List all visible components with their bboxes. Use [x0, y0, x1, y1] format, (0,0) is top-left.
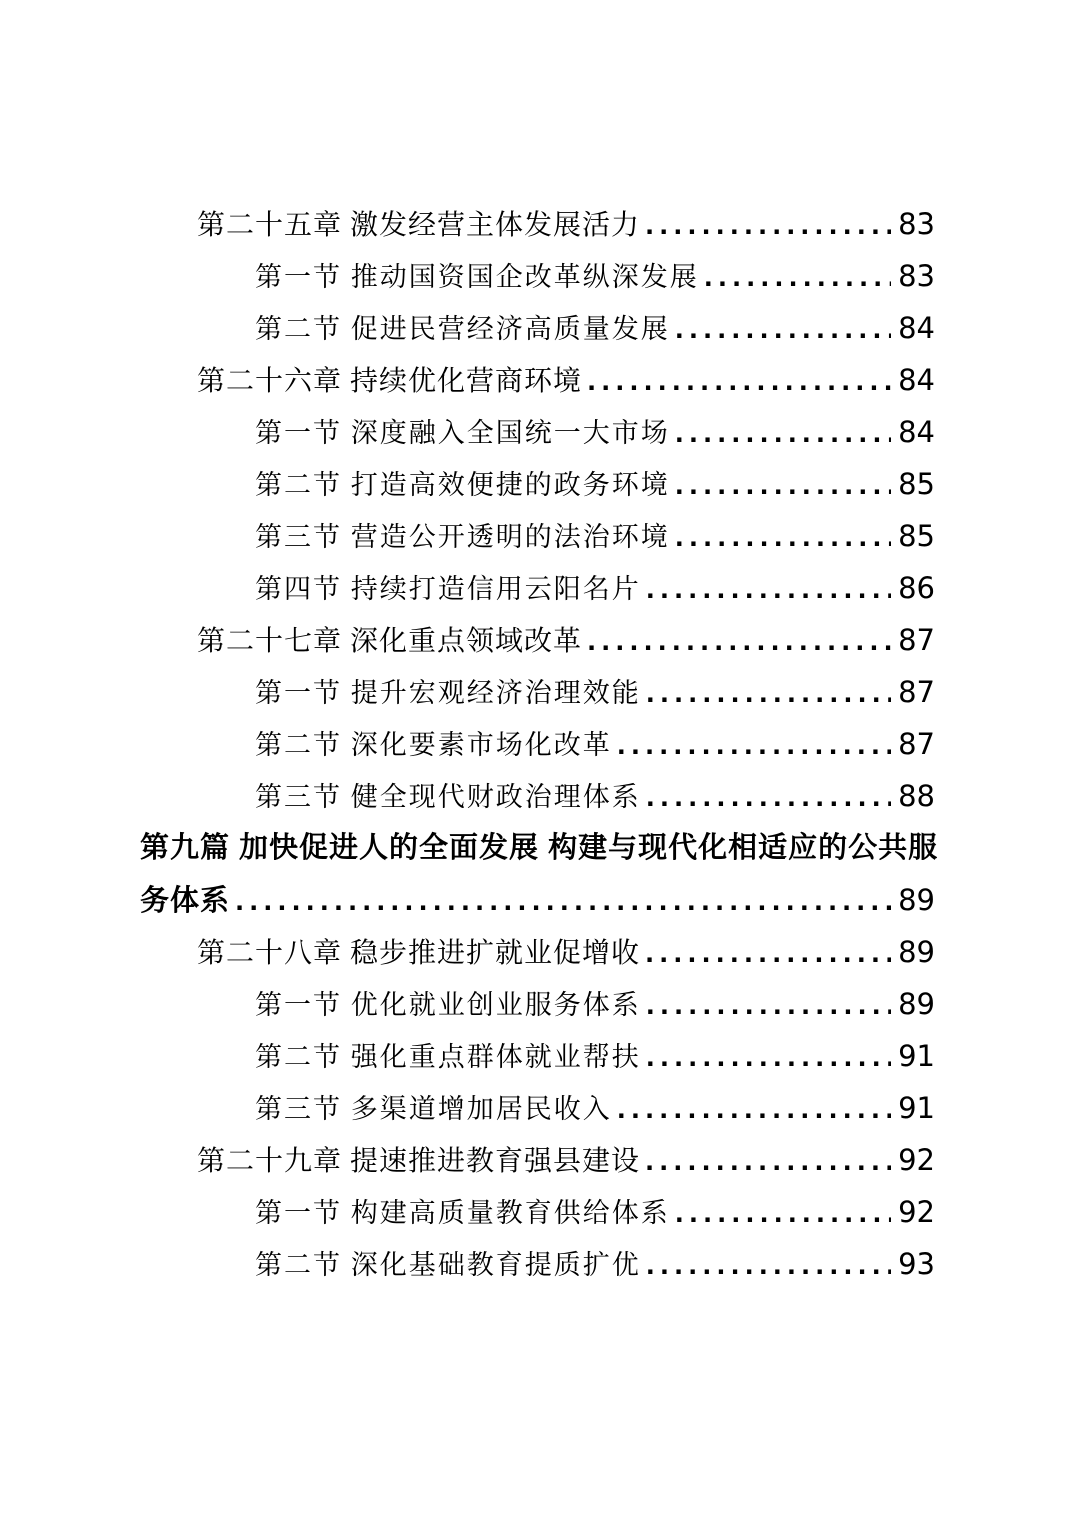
toc-entry-title: 第一节 提升宏观经济治理效能: [255, 667, 641, 719]
toc-entry-section: 第二节 深化基础教育提质扩优..........................…: [140, 1238, 935, 1290]
toc-entry-title: 第二节 深化基础教育提质扩优: [255, 1239, 641, 1291]
toc-entry-title: 第三节 健全现代财政治理体系: [255, 771, 641, 823]
page-number: 88: [898, 770, 935, 822]
page-number: 87: [898, 718, 935, 770]
toc-entry-title: 第二十九章 提速推进教育强县建设: [197, 1136, 640, 1188]
toc-entry-title: 第二节 促进民营经济高质量发展: [255, 303, 670, 355]
toc-entry-section: 第一节 推动国资国企改革纵深发展........................…: [140, 250, 935, 302]
toc-entry-row: 第一节 构建高质量教育供给体系.........................…: [140, 1186, 935, 1238]
page-number: 84: [898, 354, 935, 406]
dot-leader: ........................................…: [645, 928, 891, 980]
table-of-contents: 第二十五章 激发经营主体发展活力........................…: [140, 198, 935, 1290]
dot-leader: ........................................…: [587, 356, 891, 408]
toc-part-title-line1: 第九篇 加快促进人的全面发展 构建与现代化相适应的公共服: [140, 822, 935, 874]
dot-leader: ........................................…: [617, 1084, 891, 1136]
toc-entry-title: 第二十七章 深化重点领域改革: [197, 616, 582, 668]
toc-entry-chapter: 第二十五章 激发经营主体发展活力........................…: [140, 198, 935, 250]
toc-entry-chapter: 第二十九章 提速推进教育强县建设........................…: [140, 1134, 935, 1186]
toc-entry-chapter: 第二十七章 深化重点领域改革..........................…: [140, 614, 935, 666]
toc-entry-title: 第二十五章 激发经营主体发展活力: [197, 200, 640, 252]
toc-entry-chapter: 第二十八章 稳步推进扩就业促增收........................…: [140, 926, 935, 978]
toc-entry-section: 第二节 打造高效便捷的政务环境.........................…: [140, 458, 935, 510]
toc-entry-title: 第二十六章 持续优化营商环境: [197, 356, 582, 408]
toc-entry-chapter: 第二十六章 持续优化营商环境..........................…: [140, 354, 935, 406]
toc-entry-part: 第九篇 加快促进人的全面发展 构建与现代化相适应的公共服务体系.........…: [140, 822, 935, 926]
toc-entry-row: 第二节 深化要素市场化改革...........................…: [140, 718, 935, 770]
toc-entry-row: 第二十六章 持续优化营商环境..........................…: [140, 354, 935, 406]
toc-entry-title: 第三节 多渠道增加居民收入: [255, 1083, 612, 1135]
page-number: 83: [898, 198, 935, 250]
toc-entry-row: 第一节 提升宏观经济治理效能..........................…: [140, 666, 935, 718]
dot-leader: ........................................…: [646, 1032, 891, 1084]
toc-entry-row: 第一节 推动国资国企改革纵深发展........................…: [140, 250, 935, 302]
page-number: 85: [898, 510, 935, 562]
toc-entry-section: 第二节 促进民营经济高质量发展.........................…: [140, 302, 935, 354]
toc-entry-row: 第二十五章 激发经营主体发展活力........................…: [140, 198, 935, 250]
dot-leader: ........................................…: [646, 564, 891, 616]
toc-part-title-line2: 务体系: [140, 875, 230, 927]
page-number: 93: [898, 1238, 935, 1290]
toc-entry-row: 第一节 深度融入全国统一大市场.........................…: [140, 406, 935, 458]
dot-leader: ........................................…: [675, 460, 891, 512]
toc-entry-section: 第一节 构建高质量教育供给体系.........................…: [140, 1186, 935, 1238]
dot-leader: ........................................…: [675, 304, 891, 356]
toc-entry-title: 第一节 推动国资国企改革纵深发展: [255, 251, 699, 303]
dot-leader: ........................................…: [646, 772, 891, 824]
toc-entry-section: 第四节 持续打造信用云阳名片..........................…: [140, 562, 935, 614]
page-number: 84: [898, 406, 935, 458]
toc-entry-title: 第一节 优化就业创业服务体系: [255, 979, 641, 1031]
page-number: 87: [898, 614, 935, 666]
toc-entry-section: 第一节 深度融入全国统一大市场.........................…: [140, 406, 935, 458]
toc-entry-section: 第三节 营造公开透明的法治环境.........................…: [140, 510, 935, 562]
page-number: 91: [898, 1030, 935, 1082]
toc-entry-title: 第二节 强化重点群体就业帮扶: [255, 1031, 641, 1083]
dot-leader: ........................................…: [646, 980, 891, 1032]
dot-leader: ........................................…: [645, 1136, 891, 1188]
toc-entry-row: 第二节 强化重点群体就业帮扶..........................…: [140, 1030, 935, 1082]
toc-entry-row: 第三节 健全现代财政治理体系..........................…: [140, 770, 935, 822]
toc-entry-row: 第四节 持续打造信用云阳名片..........................…: [140, 562, 935, 614]
page-number: 86: [898, 562, 935, 614]
dot-leader: ........................................…: [645, 200, 891, 252]
toc-entry-row: 第二节 打造高效便捷的政务环境.........................…: [140, 458, 935, 510]
page-number: 89: [898, 926, 935, 978]
toc-entry-section: 第一节 提升宏观经济治理效能..........................…: [140, 666, 935, 718]
page-number: 83: [898, 250, 935, 302]
page-number: 89: [898, 874, 935, 926]
toc-entry-row: 第二节 促进民营经济高质量发展.........................…: [140, 302, 935, 354]
dot-leader: ........................................…: [587, 616, 891, 668]
dot-leader: ........................................…: [675, 408, 891, 460]
toc-entry-row: 第三节 多渠道增加居民收入...........................…: [140, 1082, 935, 1134]
dot-leader: ........................................…: [704, 252, 891, 304]
dot-leader: ........................................…: [235, 876, 891, 928]
dot-leader: ........................................…: [617, 720, 891, 772]
toc-entry-section: 第二节 强化重点群体就业帮扶..........................…: [140, 1030, 935, 1082]
dot-leader: ........................................…: [675, 512, 891, 564]
toc-entry-section: 第二节 深化要素市场化改革...........................…: [140, 718, 935, 770]
toc-entry-row: 第一节 优化就业创业服务体系..........................…: [140, 978, 935, 1030]
page-number: 92: [898, 1134, 935, 1186]
toc-entry-section: 第一节 优化就业创业服务体系..........................…: [140, 978, 935, 1030]
toc-entry-row: 第二十七章 深化重点领域改革..........................…: [140, 614, 935, 666]
page-number: 84: [898, 302, 935, 354]
page-number: 87: [898, 666, 935, 718]
page-number: 91: [898, 1082, 935, 1134]
toc-entry-row: 第三节 营造公开透明的法治环境.........................…: [140, 510, 935, 562]
dot-leader: ........................................…: [675, 1188, 891, 1240]
toc-entry-title: 第二节 打造高效便捷的政务环境: [255, 459, 670, 511]
dot-leader: ........................................…: [646, 668, 891, 720]
toc-part-title-line2-row: 务体系.....................................…: [140, 874, 935, 926]
toc-entry-title: 第一节 深度融入全国统一大市场: [255, 407, 670, 459]
page-number: 85: [898, 458, 935, 510]
dot-leader: ........................................…: [646, 1240, 891, 1292]
toc-entry-title: 第二节 深化要素市场化改革: [255, 719, 612, 771]
toc-entry-title: 第二十八章 稳步推进扩就业促增收: [197, 928, 640, 980]
toc-entry-section: 第三节 健全现代财政治理体系..........................…: [140, 770, 935, 822]
toc-entry-row: 第二十八章 稳步推进扩就业促增收........................…: [140, 926, 935, 978]
toc-entry-section: 第三节 多渠道增加居民收入...........................…: [140, 1082, 935, 1134]
page-number: 89: [898, 978, 935, 1030]
toc-entry-title: 第四节 持续打造信用云阳名片: [255, 563, 641, 615]
page-number: 92: [898, 1186, 935, 1238]
toc-entry-title: 第一节 构建高质量教育供给体系: [255, 1187, 670, 1239]
toc-entry-title: 第三节 营造公开透明的法治环境: [255, 511, 670, 563]
toc-entry-row: 第二节 深化基础教育提质扩优..........................…: [140, 1238, 935, 1290]
document-page: 第二十五章 激发经营主体发展活力........................…: [0, 0, 1074, 1520]
toc-entry-row: 第二十九章 提速推进教育强县建设........................…: [140, 1134, 935, 1186]
